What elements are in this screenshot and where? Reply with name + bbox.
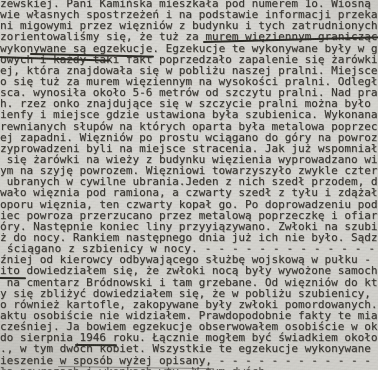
text-line: oporu więznia, ten czwarty kopał go. Po … — [0, 199, 378, 210]
text-line: na cmentarz Bródnowski i tam grzebane. O… — [0, 277, 378, 288]
text-line: wało więznia pod ramiona, a czwarty szed… — [0, 187, 378, 198]
text-line: ienfy i miejsce gdzie ustawiona była szu… — [0, 109, 378, 120]
scanned-document-page: zewskiej. Pani Kamińska mieszkała pod nu… — [0, 0, 378, 370]
text-line: ito dowiedziałem się, że zwłoki nocą był… — [0, 265, 378, 276]
document-text: zewskiej. Pani Kamińska mieszkała pod nu… — [0, 0, 378, 370]
pen-underlined-text: w sposób wyżej opisany, — [60, 354, 212, 367]
text-line: zorientowaliśmy się, że tuż za murem wię… — [0, 31, 378, 42]
text-line: ., w tym dwóch kobiet. Wszystkie te egze… — [0, 343, 378, 354]
clipped-bottom-line: ła powrozach i wkonkach wty. W tym dwóch — [0, 366, 378, 370]
text-line: ieszenie w sposób wyżej opisany, - - - -… — [0, 355, 378, 366]
